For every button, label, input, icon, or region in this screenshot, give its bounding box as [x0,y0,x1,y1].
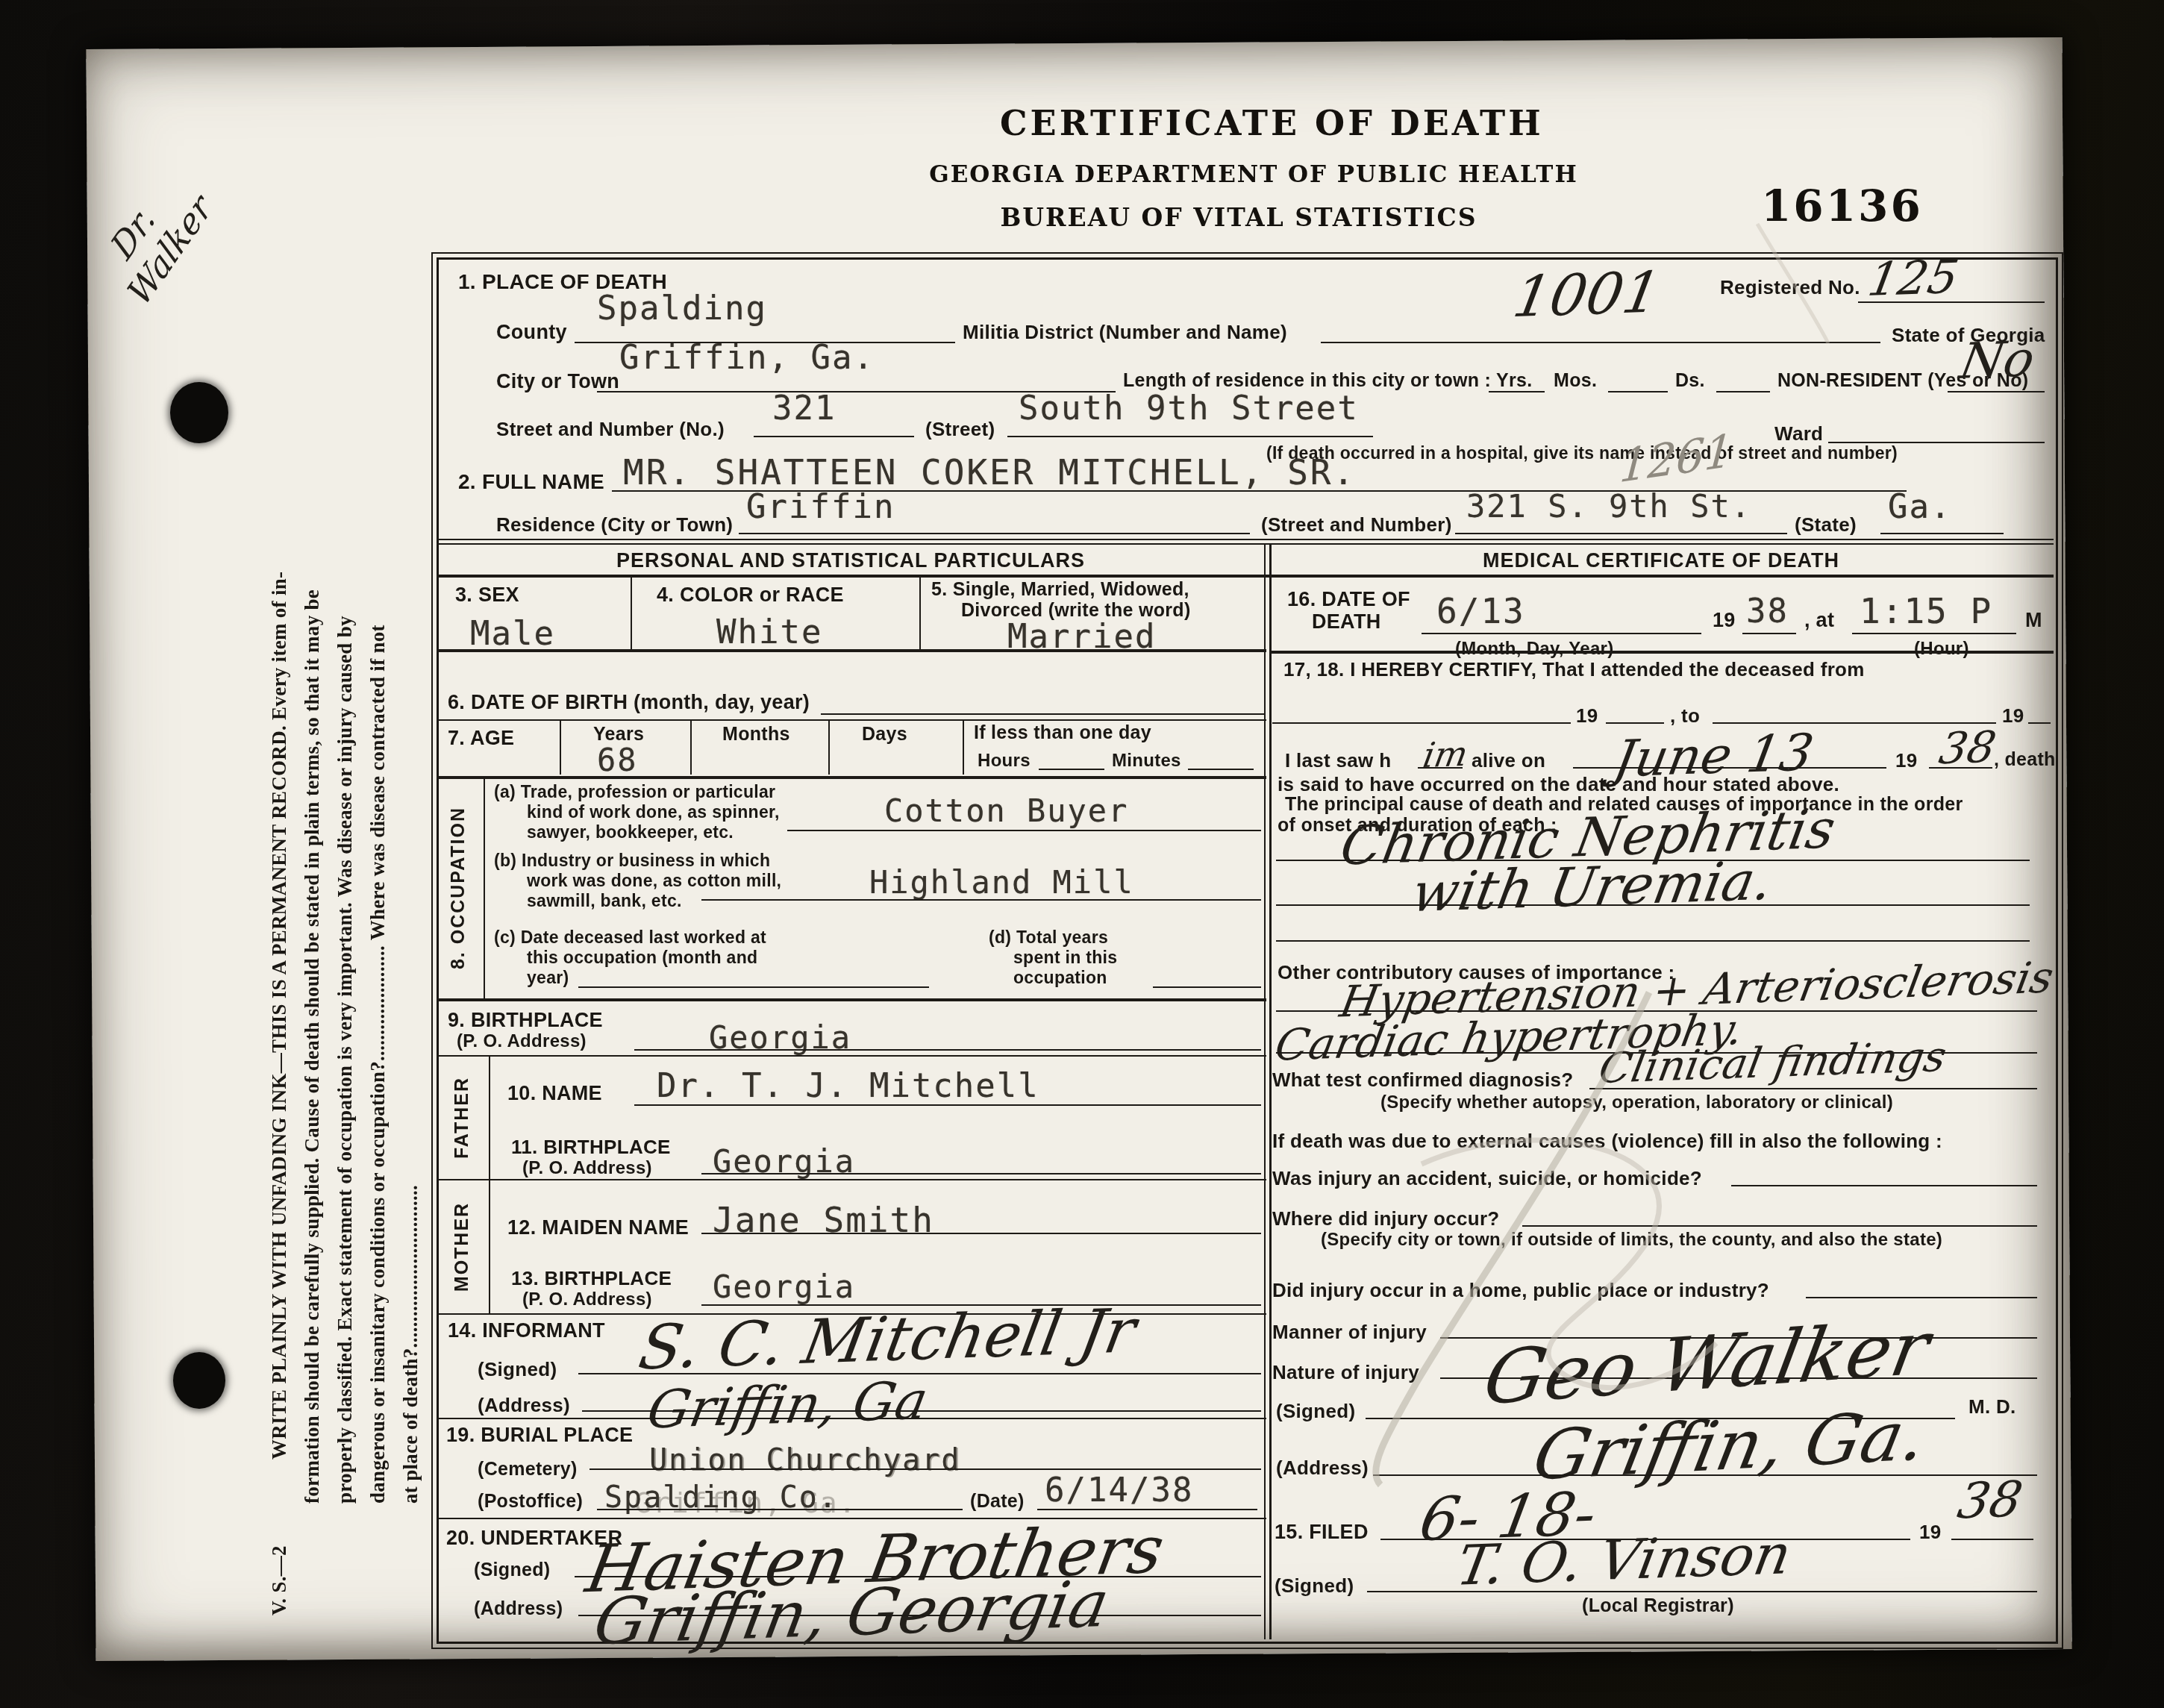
pencil-scrawl [0,0,2164,1708]
scanned-death-certificate: Dr. Walker V. S.—2WRITE PLAINLY WITH UNF… [0,0,2164,1708]
certificate-content: Dr. Walker V. S.—2WRITE PLAINLY WITH UNF… [0,0,2164,1708]
